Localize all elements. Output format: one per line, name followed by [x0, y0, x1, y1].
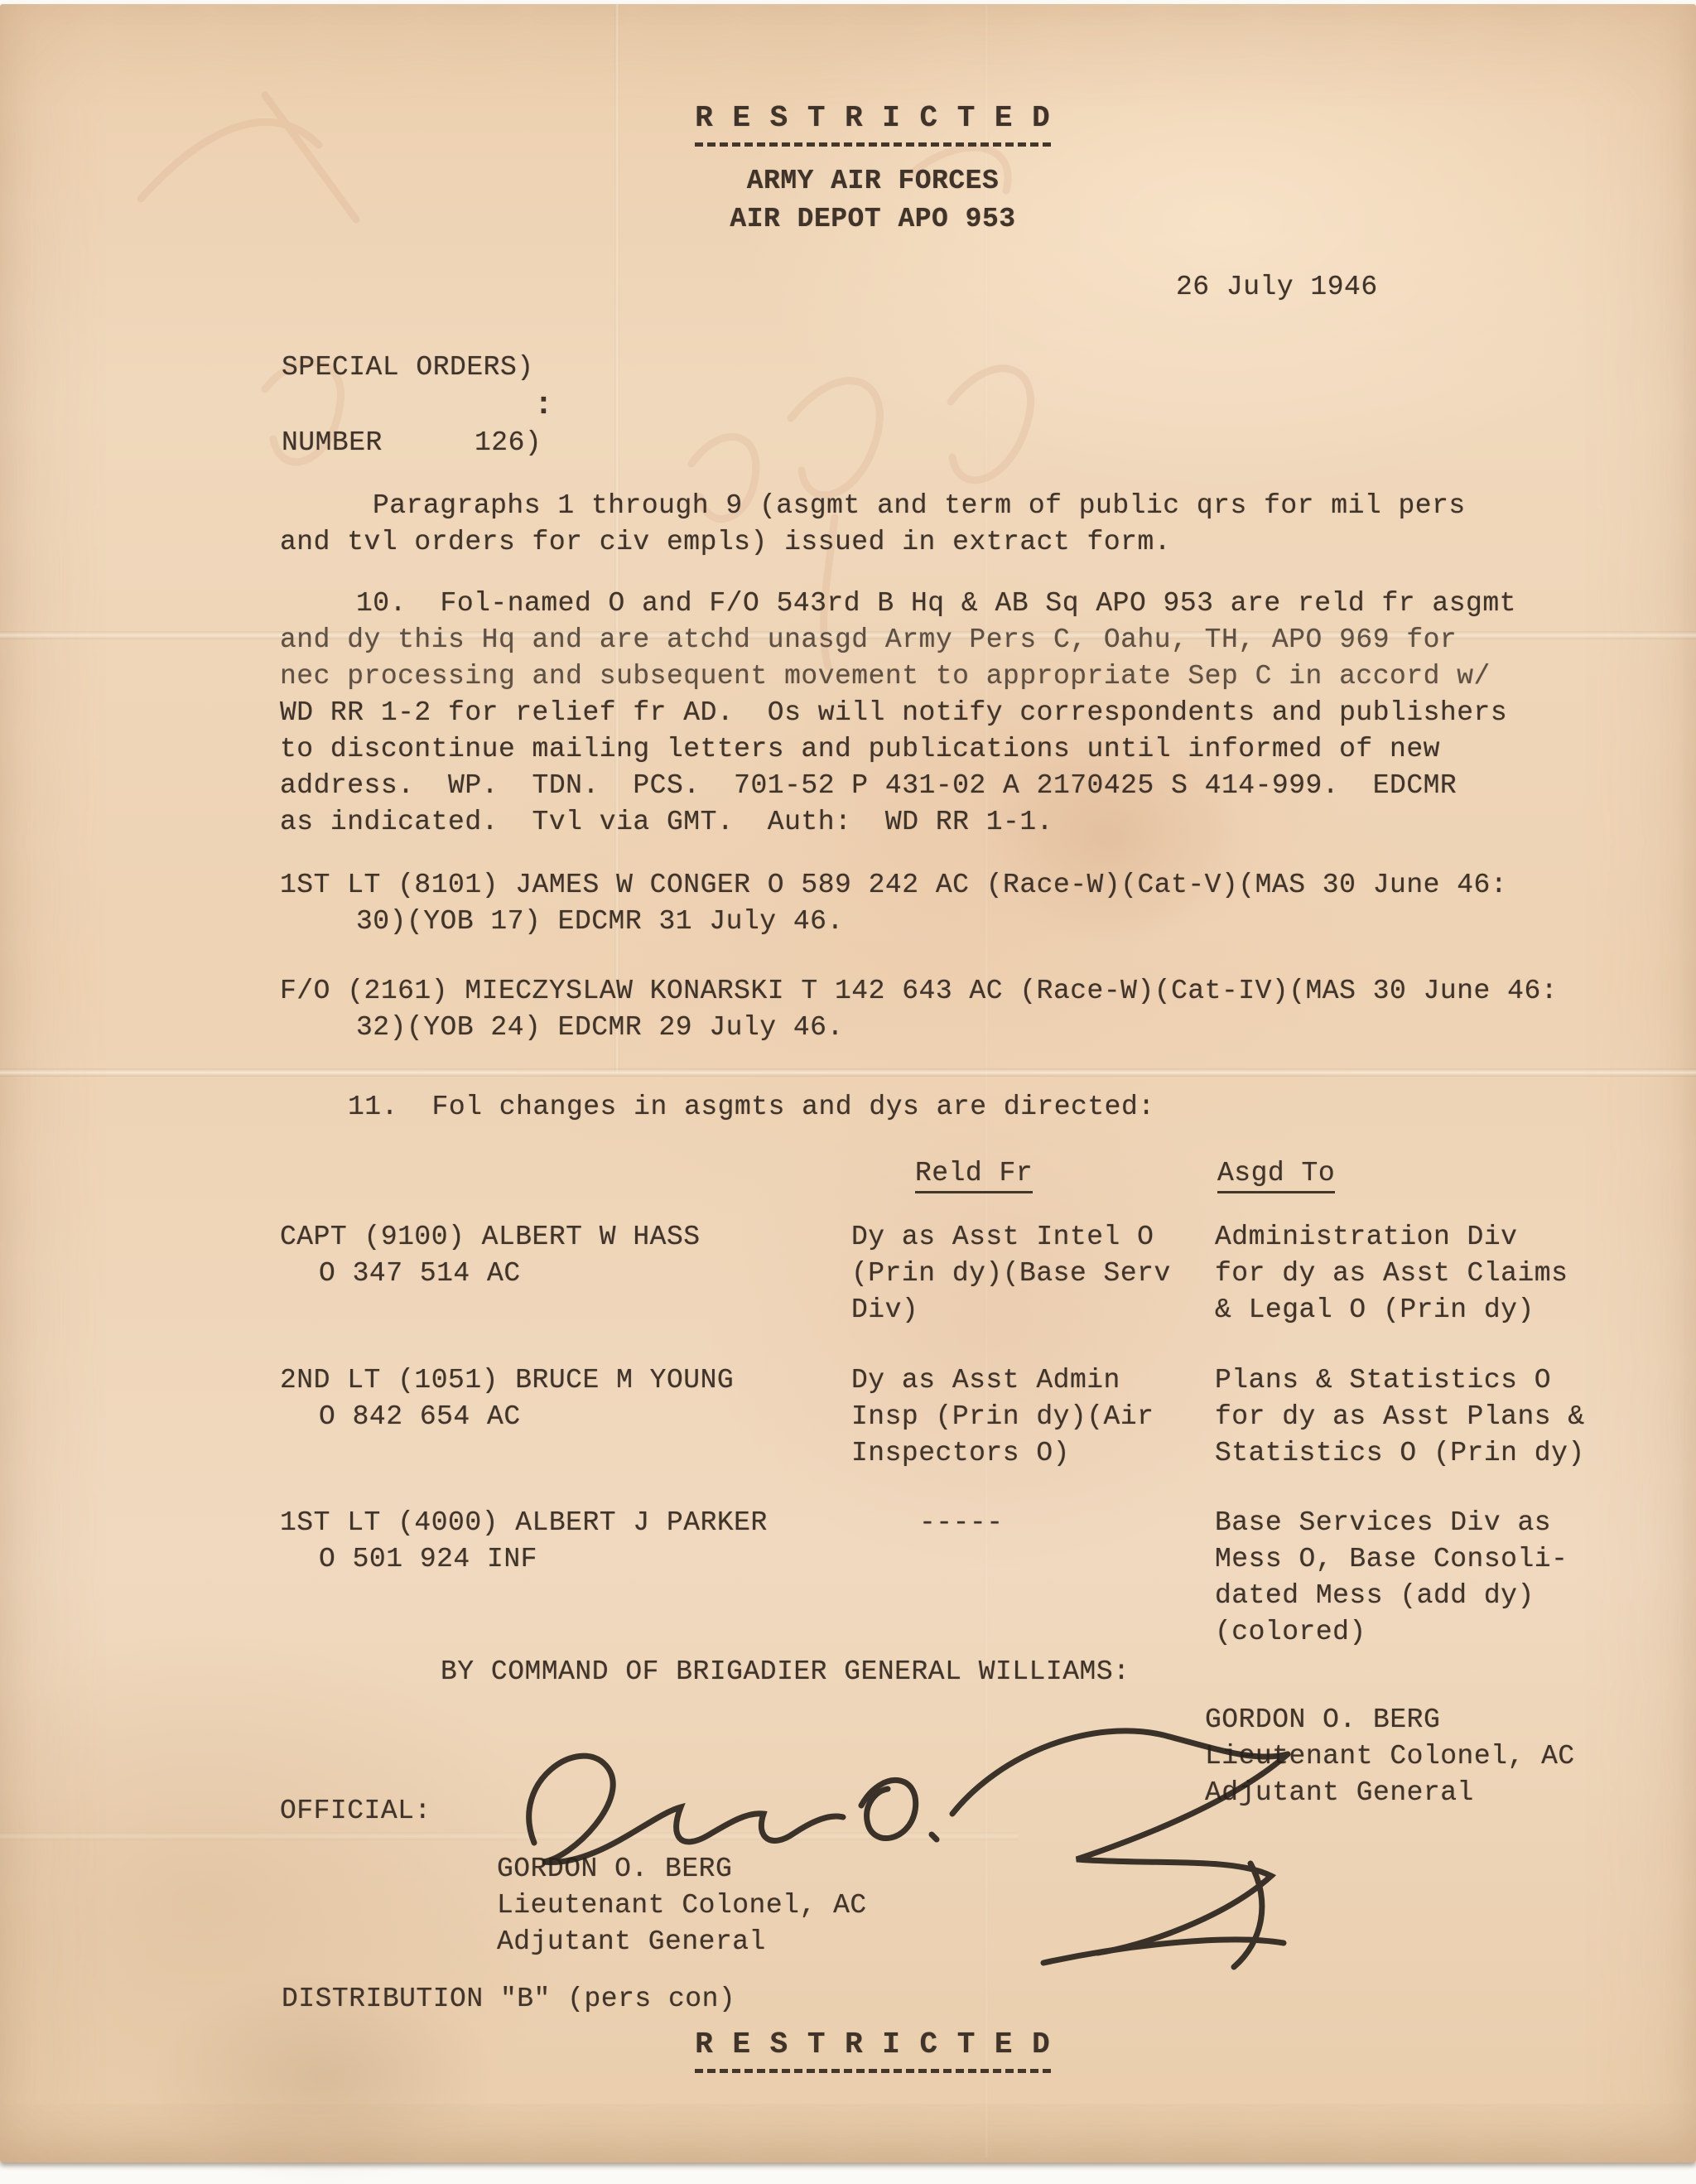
horizontal-fold-crease	[0, 1068, 1696, 1077]
asgd-to-cell-line: Base Services Div as	[1215, 1507, 1551, 1539]
officer-entry-line: 1ST LT (8101) JAMES W CONGER O 589 242 A…	[280, 870, 1507, 901]
para10-line: address. WP. TDN. PCS. 701-52 P 431-02 A…	[280, 770, 1457, 802]
para10-line: to discontinue mailing letters and publi…	[280, 734, 1440, 765]
officer-serial: O 347 514 AC	[319, 1258, 521, 1290]
signer-title: Adjutant General	[1205, 1777, 1474, 1809]
reld-fr-cell-line: Dy as Asst Intel O	[851, 1222, 1154, 1253]
officer-entry-line: 32)(YOB 24) EDCMR 29 July 46.	[356, 1012, 844, 1044]
officer-entry-line: 30)(YOB 17) EDCMR 31 July 46.	[356, 906, 844, 938]
reld-fr-cell-line: -----	[919, 1507, 1004, 1539]
classification-banner-top: R E S T R I C T E D	[94, 101, 1651, 135]
para10-line: and dy this Hq and are atchd unasgd Army…	[280, 624, 1457, 656]
officer-name: 2ND LT (1051) BRUCE M YOUNG	[280, 1365, 734, 1396]
distribution-line: DISTRIBUTION "B" (pers con)	[282, 1984, 735, 2015]
officer-name: 1ST LT (4000) ALBERT J PARKER	[280, 1507, 768, 1539]
orders-separator: :	[534, 388, 553, 424]
asgd-to-cell-line: Plans & Statistics O	[1215, 1365, 1551, 1396]
asgd-to-cell-line: Mess O, Base Consoli-	[1215, 1544, 1568, 1575]
signer-name: GORDON O. BERG	[1205, 1704, 1440, 1736]
para11-line: 11. Fol changes in asgmts and dys are di…	[348, 1092, 1155, 1123]
signer-rank: Lieutenant Colonel, AC	[1205, 1741, 1575, 1772]
reld-fr-cell-line: Div)	[851, 1294, 918, 1326]
reld-fr-cell-line: Insp (Prin dy)(Air	[851, 1401, 1154, 1433]
asgd-to-cell-line: (colored)	[1215, 1617, 1366, 1648]
reld-fr-cell-line: Dy as Asst Admin	[851, 1365, 1120, 1396]
para10-line: WD RR 1-2 for relief fr AD. Os will noti…	[280, 697, 1507, 729]
officer-serial: O 842 654 AC	[319, 1401, 521, 1433]
orders-number-value: 126)	[475, 427, 542, 459]
signer-title: Adjutant General	[497, 1926, 766, 1958]
officer-serial: O 501 924 INF	[319, 1544, 537, 1575]
intro-line: Paragraphs 1 through 9 (asgmt and term o…	[373, 490, 1466, 522]
reld-fr-cell-line: (Prin dy)(Base Serv	[851, 1258, 1171, 1290]
signer-rank: Lieutenant Colonel, AC	[497, 1890, 867, 1921]
orders-number-label: NUMBER	[282, 427, 383, 459]
special-orders-label: SPECIAL ORDERS)	[282, 352, 534, 383]
column-header-asgd-to: Asgd To	[1217, 1158, 1335, 1189]
para10-line: 10. Fol-named O and F/O 543rd B Hq & AB …	[356, 588, 1516, 620]
asgd-to-cell-line: Statistics O (Prin dy)	[1215, 1438, 1585, 1469]
horizontal-fold-crease	[0, 1832, 1018, 1840]
asgd-to-cell-line: Administration Div	[1215, 1222, 1517, 1253]
paper-stain	[704, 1077, 1284, 1574]
officer-entry-line: F/O (2161) MIECZYSLAW KONARSKI T 142 643…	[280, 976, 1558, 1007]
officer-name: CAPT (9100) ALBERT W HASS	[280, 1222, 701, 1253]
command-line: BY COMMAND OF BRIGADIER GENERAL WILLIAMS…	[441, 1656, 1130, 1688]
para10-line: as indicated. Tvl via GMT. Auth: WD RR 1…	[280, 807, 1053, 838]
signer-name: GORDON O. BERG	[497, 1854, 732, 1885]
asgd-to-cell-line: dated Mess (add dy)	[1215, 1580, 1535, 1612]
org-name: ARMY AIR FORCES	[94, 166, 1651, 197]
column-header-reld-fr: Reld Fr	[915, 1158, 1033, 1189]
scanned-document-scan: R E S T R I C T E D ARMY AIR FORCES AIR …	[0, 0, 1696, 2184]
classification-banner-bottom: R E S T R I C T E D	[94, 2027, 1651, 2061]
official-label: OFFICIAL:	[280, 1796, 431, 1827]
org-location: AIR DEPOT APO 953	[94, 204, 1651, 235]
intro-line: and tvl orders for civ empls) issued in …	[280, 527, 1171, 558]
reld-fr-cell-line: Inspectors O)	[851, 1438, 1070, 1469]
asgd-to-cell-line: & Legal O (Prin dy)	[1215, 1294, 1535, 1326]
document-date: 26 July 1946	[1176, 272, 1378, 303]
classification-text: R E S T R I C T E D	[695, 101, 1050, 147]
asgd-to-cell-line: for dy as Asst Plans &	[1215, 1401, 1585, 1433]
asgd-to-cell-line: for dy as Asst Claims	[1215, 1258, 1568, 1290]
para10-line: nec processing and subsequent movement t…	[280, 661, 1491, 692]
classification-text: R E S T R I C T E D	[695, 2027, 1050, 2073]
